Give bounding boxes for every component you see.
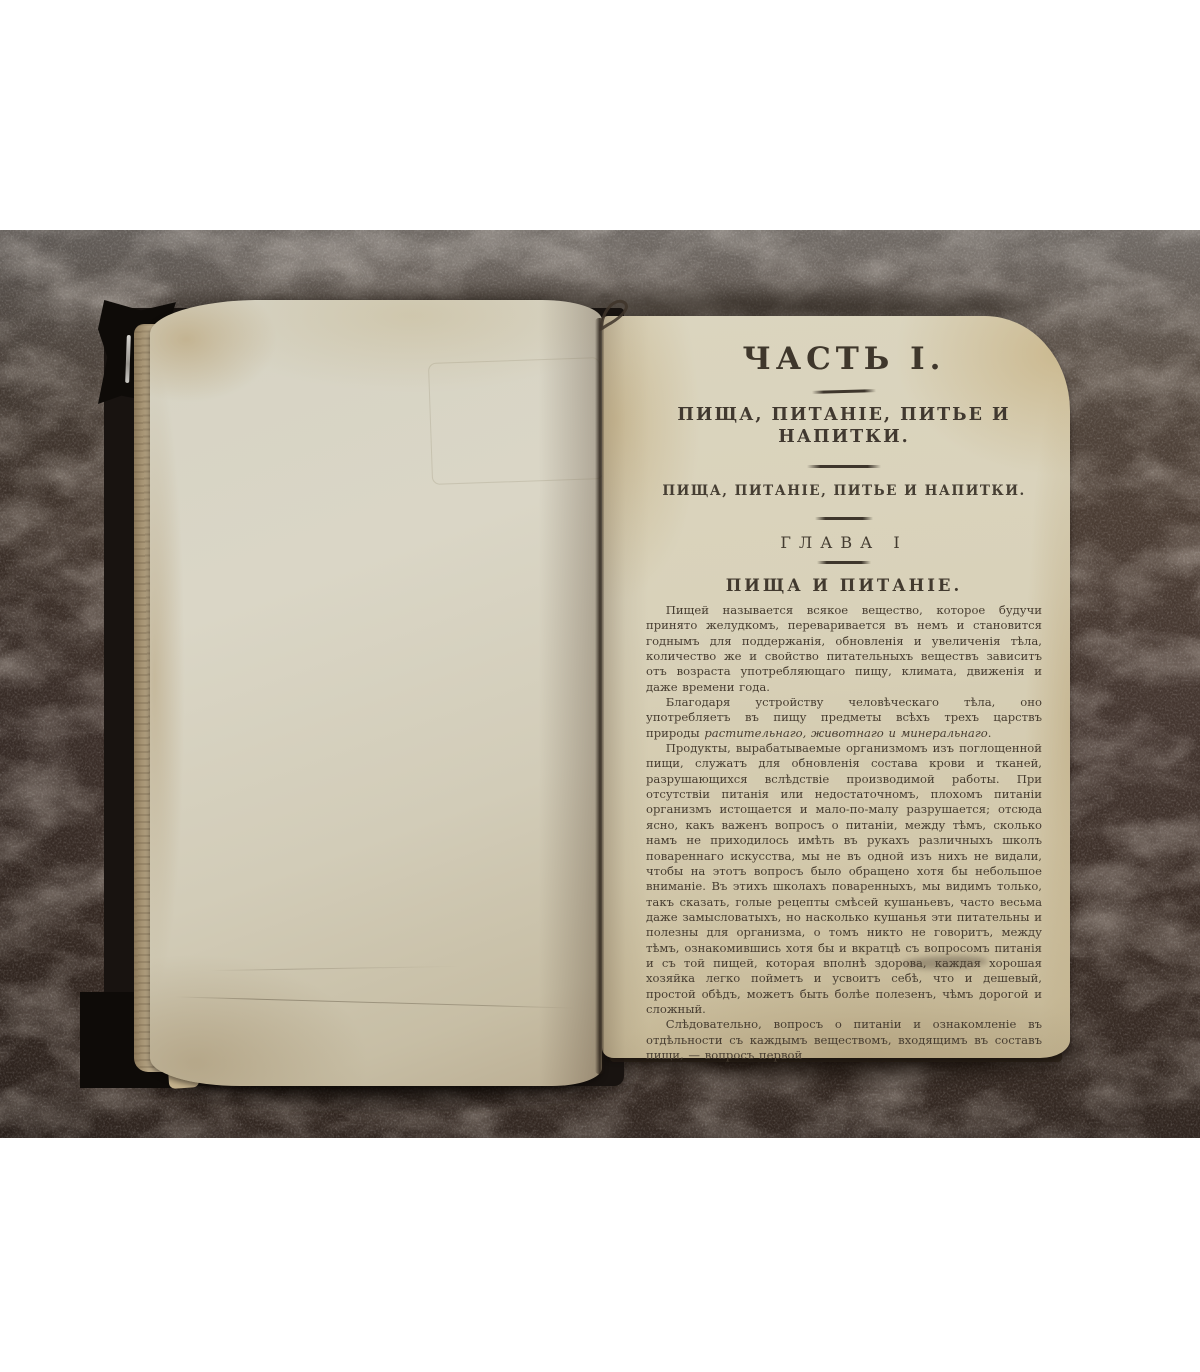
- faint-pencil-line-2: [210, 966, 460, 971]
- section-divider: [812, 389, 876, 394]
- paragraph: Благодаря устройству человѣческаго тѣла,…: [646, 695, 1042, 741]
- paragraph: Пищей называется всякое вещество, которо…: [646, 603, 1042, 695]
- part-heading: ЧАСТЬ I.: [646, 342, 1042, 376]
- book-gutter: [595, 318, 604, 1074]
- text-column: ЧАСТЬ I. ПИЩА, ПИТАНІЕ, ПИТЬЕ И НАПИТКИ.…: [646, 342, 1042, 1063]
- chapter-title: ПИЩА И ПИТАНІЕ.: [646, 575, 1042, 596]
- part-title: ПИЩА, ПИТАНІЕ, ПИТЬЕ И НАПИТКИ.: [646, 404, 1042, 448]
- left-blank-page: [150, 300, 602, 1086]
- photo-of-open-book: ЧАСТЬ I. ПИЩА, ПИТАНІЕ, ПИТЬЕ И НАПИТКИ.…: [0, 0, 1200, 1372]
- body-text: Пищей называется всякое вещество, которо…: [646, 603, 1042, 1063]
- text-run: .: [988, 726, 992, 740]
- section-divider: [807, 465, 881, 468]
- section-divider: [815, 517, 873, 520]
- text-run: Продукты, вырабатываемые организмомъ изъ…: [646, 741, 1042, 1016]
- text-run: Слѣдовательно, вопросъ о питаніи и ознак…: [646, 1017, 1042, 1062]
- paragraph: Слѣдовательно, вопросъ о питаніи и ознак…: [646, 1017, 1042, 1063]
- bookmark-cord: [597, 293, 633, 331]
- text-run: Пищей называется всякое вещество, которо…: [646, 603, 1042, 694]
- faint-pencil-line: [175, 996, 575, 1008]
- chapter-heading: ГЛАВА I: [646, 533, 1042, 553]
- running-title: ПИЩА, ПИТАНІЕ, ПИТЬЕ И НАПИТКИ.: [646, 483, 1042, 500]
- section-divider: [817, 561, 871, 564]
- italic-run: растительнаго, животнаго и минеральнаго: [704, 726, 987, 740]
- paragraph: Продукты, вырабатываемые организмомъ изъ…: [646, 741, 1042, 1017]
- right-text-page: ЧАСТЬ I. ПИЩА, ПИТАНІЕ, ПИТЬЕ И НАПИТКИ.…: [602, 316, 1070, 1058]
- page-crease-mark: [428, 357, 604, 485]
